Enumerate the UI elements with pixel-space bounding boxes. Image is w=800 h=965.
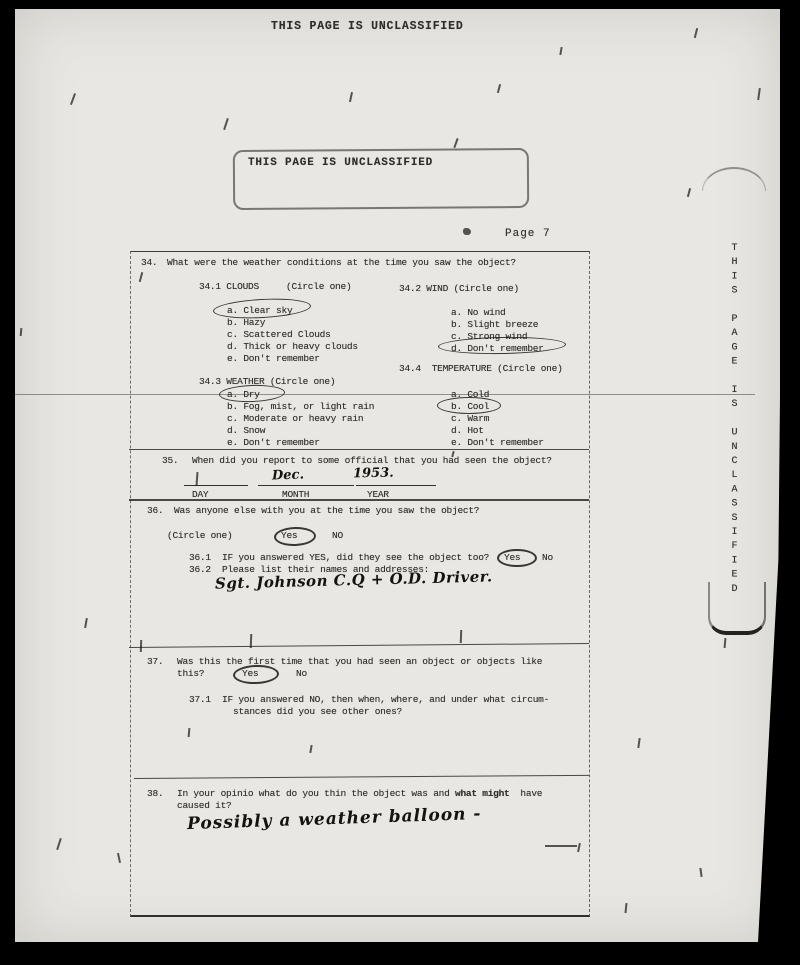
scan-speck bbox=[117, 853, 121, 863]
q35-year-label: YEAR bbox=[367, 489, 389, 500]
scan-speck bbox=[84, 618, 87, 628]
q34-clouds-option: c. Scattered Clouds bbox=[227, 329, 331, 340]
q34-temp-option: c. Warm bbox=[451, 413, 489, 424]
q34-temp-option: e. Don't remember bbox=[451, 437, 544, 448]
scan-speck bbox=[463, 228, 471, 235]
scan-speck bbox=[637, 738, 640, 748]
section-divider bbox=[129, 449, 589, 450]
vertical-unclassified-stamp: THIS PAGE IS UNCLASSIFIED bbox=[729, 243, 739, 598]
q36-1-text: IF you answered YES, did they see the ob… bbox=[222, 552, 489, 563]
q36-2-number: 36.2 bbox=[189, 564, 211, 575]
q38-line1-pre: In your opinio what do you thin the obje… bbox=[177, 788, 455, 799]
scan-speck bbox=[699, 868, 702, 877]
q37-1-number: 37.1 bbox=[189, 694, 211, 705]
q35-day-line bbox=[184, 485, 248, 486]
q34-clouds-option: b. Hazy bbox=[227, 317, 265, 328]
q34-clouds-option: d. Thick or heavy clouds bbox=[227, 341, 358, 352]
scanned-document-page: THIS PAGE IS UNCLASSIFIED THIS PAGE IS U… bbox=[0, 0, 800, 965]
scan-speck bbox=[70, 93, 76, 105]
q37-1-text-line2: stances did you see other ones? bbox=[233, 706, 402, 717]
q35-year-line bbox=[356, 485, 436, 486]
scan-speck bbox=[694, 28, 698, 38]
q34-number: 34. bbox=[141, 257, 157, 268]
page-number: Page 7 bbox=[505, 229, 551, 240]
q37-number: 37. bbox=[147, 656, 163, 667]
top-unclassified-stamp: THIS PAGE IS UNCLASSIFIED bbox=[271, 21, 464, 32]
q38-line1-bold: what might bbox=[455, 788, 510, 799]
scan-speck bbox=[497, 84, 501, 93]
q34-text: What were the weather conditions at the … bbox=[167, 257, 516, 268]
q34-weather-option: c. Moderate or heavy rain bbox=[227, 413, 363, 424]
q37-no-option: No bbox=[296, 668, 307, 679]
q34-wind-option: b. Slight breeze bbox=[451, 319, 538, 330]
q34-clouds-hint: (Circle one) bbox=[286, 281, 351, 292]
q36-circle-hint: (Circle one) bbox=[167, 530, 232, 541]
q34-clouds-option: e. Don't remember bbox=[227, 353, 320, 364]
scan-speck bbox=[20, 328, 22, 336]
scan-speck bbox=[724, 638, 726, 648]
scanner-edge-top bbox=[0, 0, 800, 9]
scanner-edge-bottom bbox=[0, 942, 800, 965]
q34-temp-label: 34.4 TEMPERATURE (Circle one) bbox=[399, 363, 563, 374]
q38-line1-post: have bbox=[510, 788, 543, 799]
q35-month-value: Dec. bbox=[272, 468, 304, 482]
scanner-edge-left bbox=[0, 0, 15, 965]
q37-text-line2: this? bbox=[177, 668, 204, 679]
q36-text: Was anyone else with you at the time you… bbox=[174, 505, 479, 516]
scan-speck bbox=[687, 188, 691, 197]
q35-number: 35. bbox=[162, 455, 178, 466]
q35-day-label: DAY bbox=[192, 489, 208, 500]
scan-speck bbox=[349, 92, 353, 102]
q36-number: 36. bbox=[147, 505, 163, 516]
q36-no-option: NO bbox=[332, 530, 343, 541]
paper-background: THIS PAGE IS UNCLASSIFIED THIS PAGE IS U… bbox=[15, 8, 780, 943]
q36-1-number: 36.1 bbox=[189, 552, 211, 563]
q34-weather-option: e. Don't remember bbox=[227, 437, 320, 448]
circle-mark-q36-1-yes bbox=[497, 549, 537, 567]
q34-wind-option: a. No wind bbox=[451, 307, 506, 318]
boxed-unclassified-stamp: THIS PAGE IS UNCLASSIFIED bbox=[248, 158, 433, 169]
scan-rule-line bbox=[15, 394, 755, 395]
q34-weather-option: b. Fog, mist, or light rain bbox=[227, 401, 374, 412]
q38-number: 38. bbox=[147, 788, 163, 799]
q36-1-no-option: No bbox=[542, 552, 553, 563]
q38-text-line2: caused it? bbox=[177, 800, 232, 811]
q34-clouds-label: 34.1 CLOUDS bbox=[199, 281, 259, 292]
scan-speck bbox=[559, 47, 562, 55]
q34-weather-option: d. Snow bbox=[227, 425, 265, 436]
scan-speck bbox=[453, 138, 458, 148]
q35-month-line bbox=[258, 485, 354, 486]
q37-text-line1: Was this the first time that you had see… bbox=[177, 656, 542, 667]
q38-text-line1: In your opinio what do you thin the obje… bbox=[177, 788, 542, 799]
q34-wind-label: 34.2 WIND (Circle one) bbox=[399, 283, 519, 294]
scan-speck bbox=[56, 838, 61, 850]
q35-text: When did you report to some official tha… bbox=[192, 455, 552, 466]
q37-1-text-line1: IF you answered NO, then when, where, an… bbox=[222, 694, 549, 705]
scanner-edge-right bbox=[755, 0, 800, 965]
scan-speck bbox=[545, 845, 577, 847]
circle-mark-cool bbox=[437, 397, 501, 414]
scan-speck bbox=[624, 903, 627, 913]
q34-temp-option: d. Hot bbox=[451, 425, 484, 436]
q35-year-value: 1953. bbox=[353, 467, 394, 481]
q35-month-label: MONTH bbox=[282, 489, 309, 500]
scan-speck bbox=[223, 118, 228, 130]
